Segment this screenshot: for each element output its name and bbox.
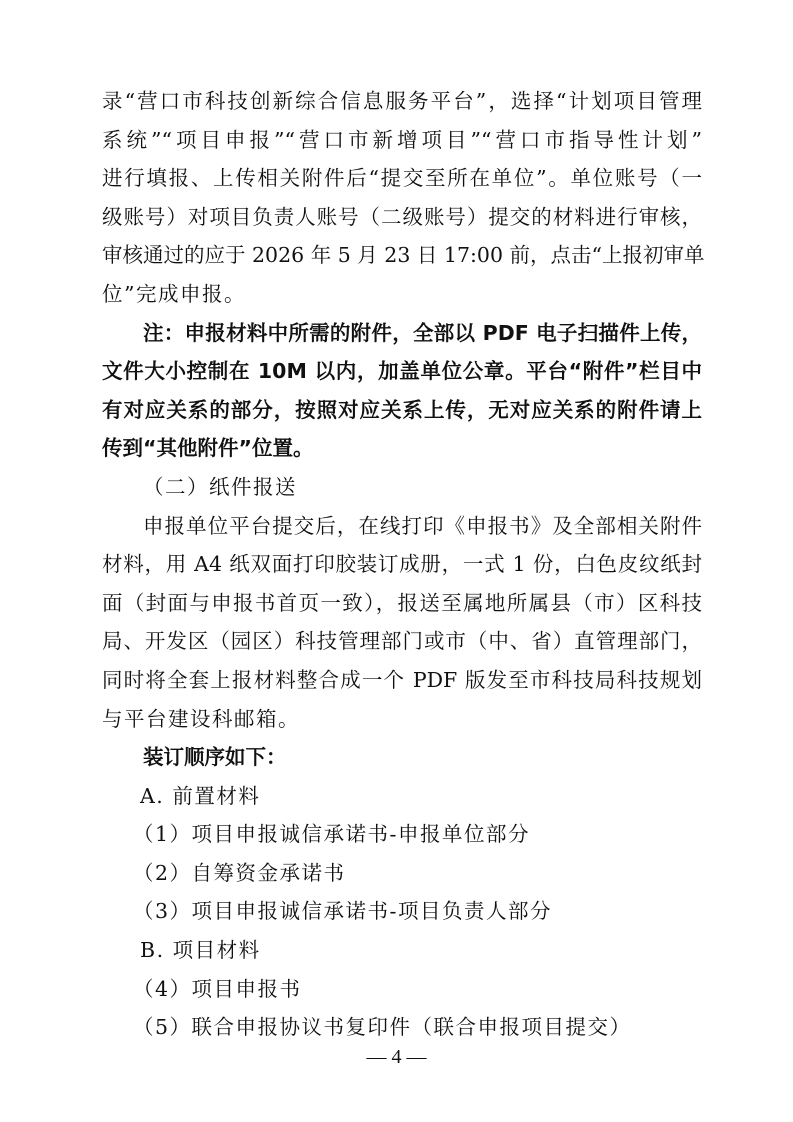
list-item: （5）联合申报协议书复印件（联合申报项目提交）: [102, 1008, 702, 1047]
list-item: （4）项目申报书: [102, 970, 702, 1009]
paragraph-line: 与平台建设科邮箱。: [102, 700, 702, 739]
list-item: （1）项目申报诚信承诺书-申报单位部分: [102, 815, 702, 854]
paragraph-line: 同时将全套上报材料整合成一个 PDF 版发至市科技局科技规划: [102, 661, 702, 700]
note-line: 注：申报材料中所需的附件，全部以 PDF 电子扫描件上传，: [102, 314, 702, 353]
paragraph-online-submission: 录“营口市科技创新综合信息服务平台”，选择“计划项目管理 系统”“项目申报”“营…: [102, 82, 702, 314]
binding-order-heading: 装订顺序如下：: [102, 738, 702, 777]
paragraph-paper-submission: 申报单位平台提交后，在线打印《申报书》及全部相关附件 材料，用 A4 纸双面打印…: [102, 507, 702, 739]
group-a-preliminary-materials: A. 前置材料 （1）项目申报诚信承诺书-申报单位部分 （2）自筹资金承诺书 （…: [102, 777, 702, 931]
paragraph-line: 进行填报、上传相关附件后“提交至所在单位”。单位账号（一: [102, 159, 702, 198]
paragraph-line: 面（封面与申报书首页一致），报送至属地所属县（市）区科技: [102, 584, 702, 623]
note-line: 有对应关系的部分，按照对应关系上传，无对应关系的附件请上: [102, 391, 702, 430]
group-b-project-materials: B. 项目材料 （4）项目申报书 （5）联合申报协议书复印件（联合申报项目提交）: [102, 931, 702, 1047]
section-heading-paper-submission: （二）纸件报送: [102, 468, 702, 507]
paragraph-line: 系统”“项目申报”“营口市新增项目”“营口市指导性计划”: [102, 121, 702, 160]
paragraph-line: 级账号）对项目负责人账号（二级账号）提交的材料进行审核，: [102, 198, 702, 237]
paragraph-line: 位”完成申报。: [102, 275, 702, 314]
group-b-label: B. 项目材料: [102, 931, 702, 970]
list-item: （3）项目申报诚信承诺书-项目负责人部分: [102, 892, 702, 931]
paragraph-line: 申报单位平台提交后，在线打印《申报书》及全部相关附件: [102, 507, 702, 546]
page-number: — 4 —: [0, 1046, 793, 1069]
document-page: 录“营口市科技创新综合信息服务平台”，选择“计划项目管理 系统”“项目申报”“营…: [0, 0, 793, 1122]
document-body: 录“营口市科技创新综合信息服务平台”，选择“计划项目管理 系统”“项目申报”“营…: [102, 82, 702, 1047]
paragraph-line: 材料，用 A4 纸双面打印胶装订成册，一式 1 份，白色皮纹纸封: [102, 545, 702, 584]
note-paragraph: 注：申报材料中所需的附件，全部以 PDF 电子扫描件上传， 文件大小控制在 10…: [102, 314, 702, 468]
list-item: （2）自筹资金承诺书: [102, 854, 702, 893]
note-line: 文件大小控制在 10M 以内，加盖单位公章。平台“附件”栏目中: [102, 352, 702, 391]
paragraph-line: 审核通过的应于 2026 年 5 月 23 日 17:00 前，点击“上报初审单: [102, 236, 702, 275]
paragraph-line: 局、开发区（园区）科技管理部门或市（中、省）直管理部门，: [102, 622, 702, 661]
group-a-label: A. 前置材料: [102, 777, 702, 816]
note-line: 传到“其他附件”位置。: [102, 429, 702, 468]
paragraph-line: 录“营口市科技创新综合信息服务平台”，选择“计划项目管理: [102, 82, 702, 121]
